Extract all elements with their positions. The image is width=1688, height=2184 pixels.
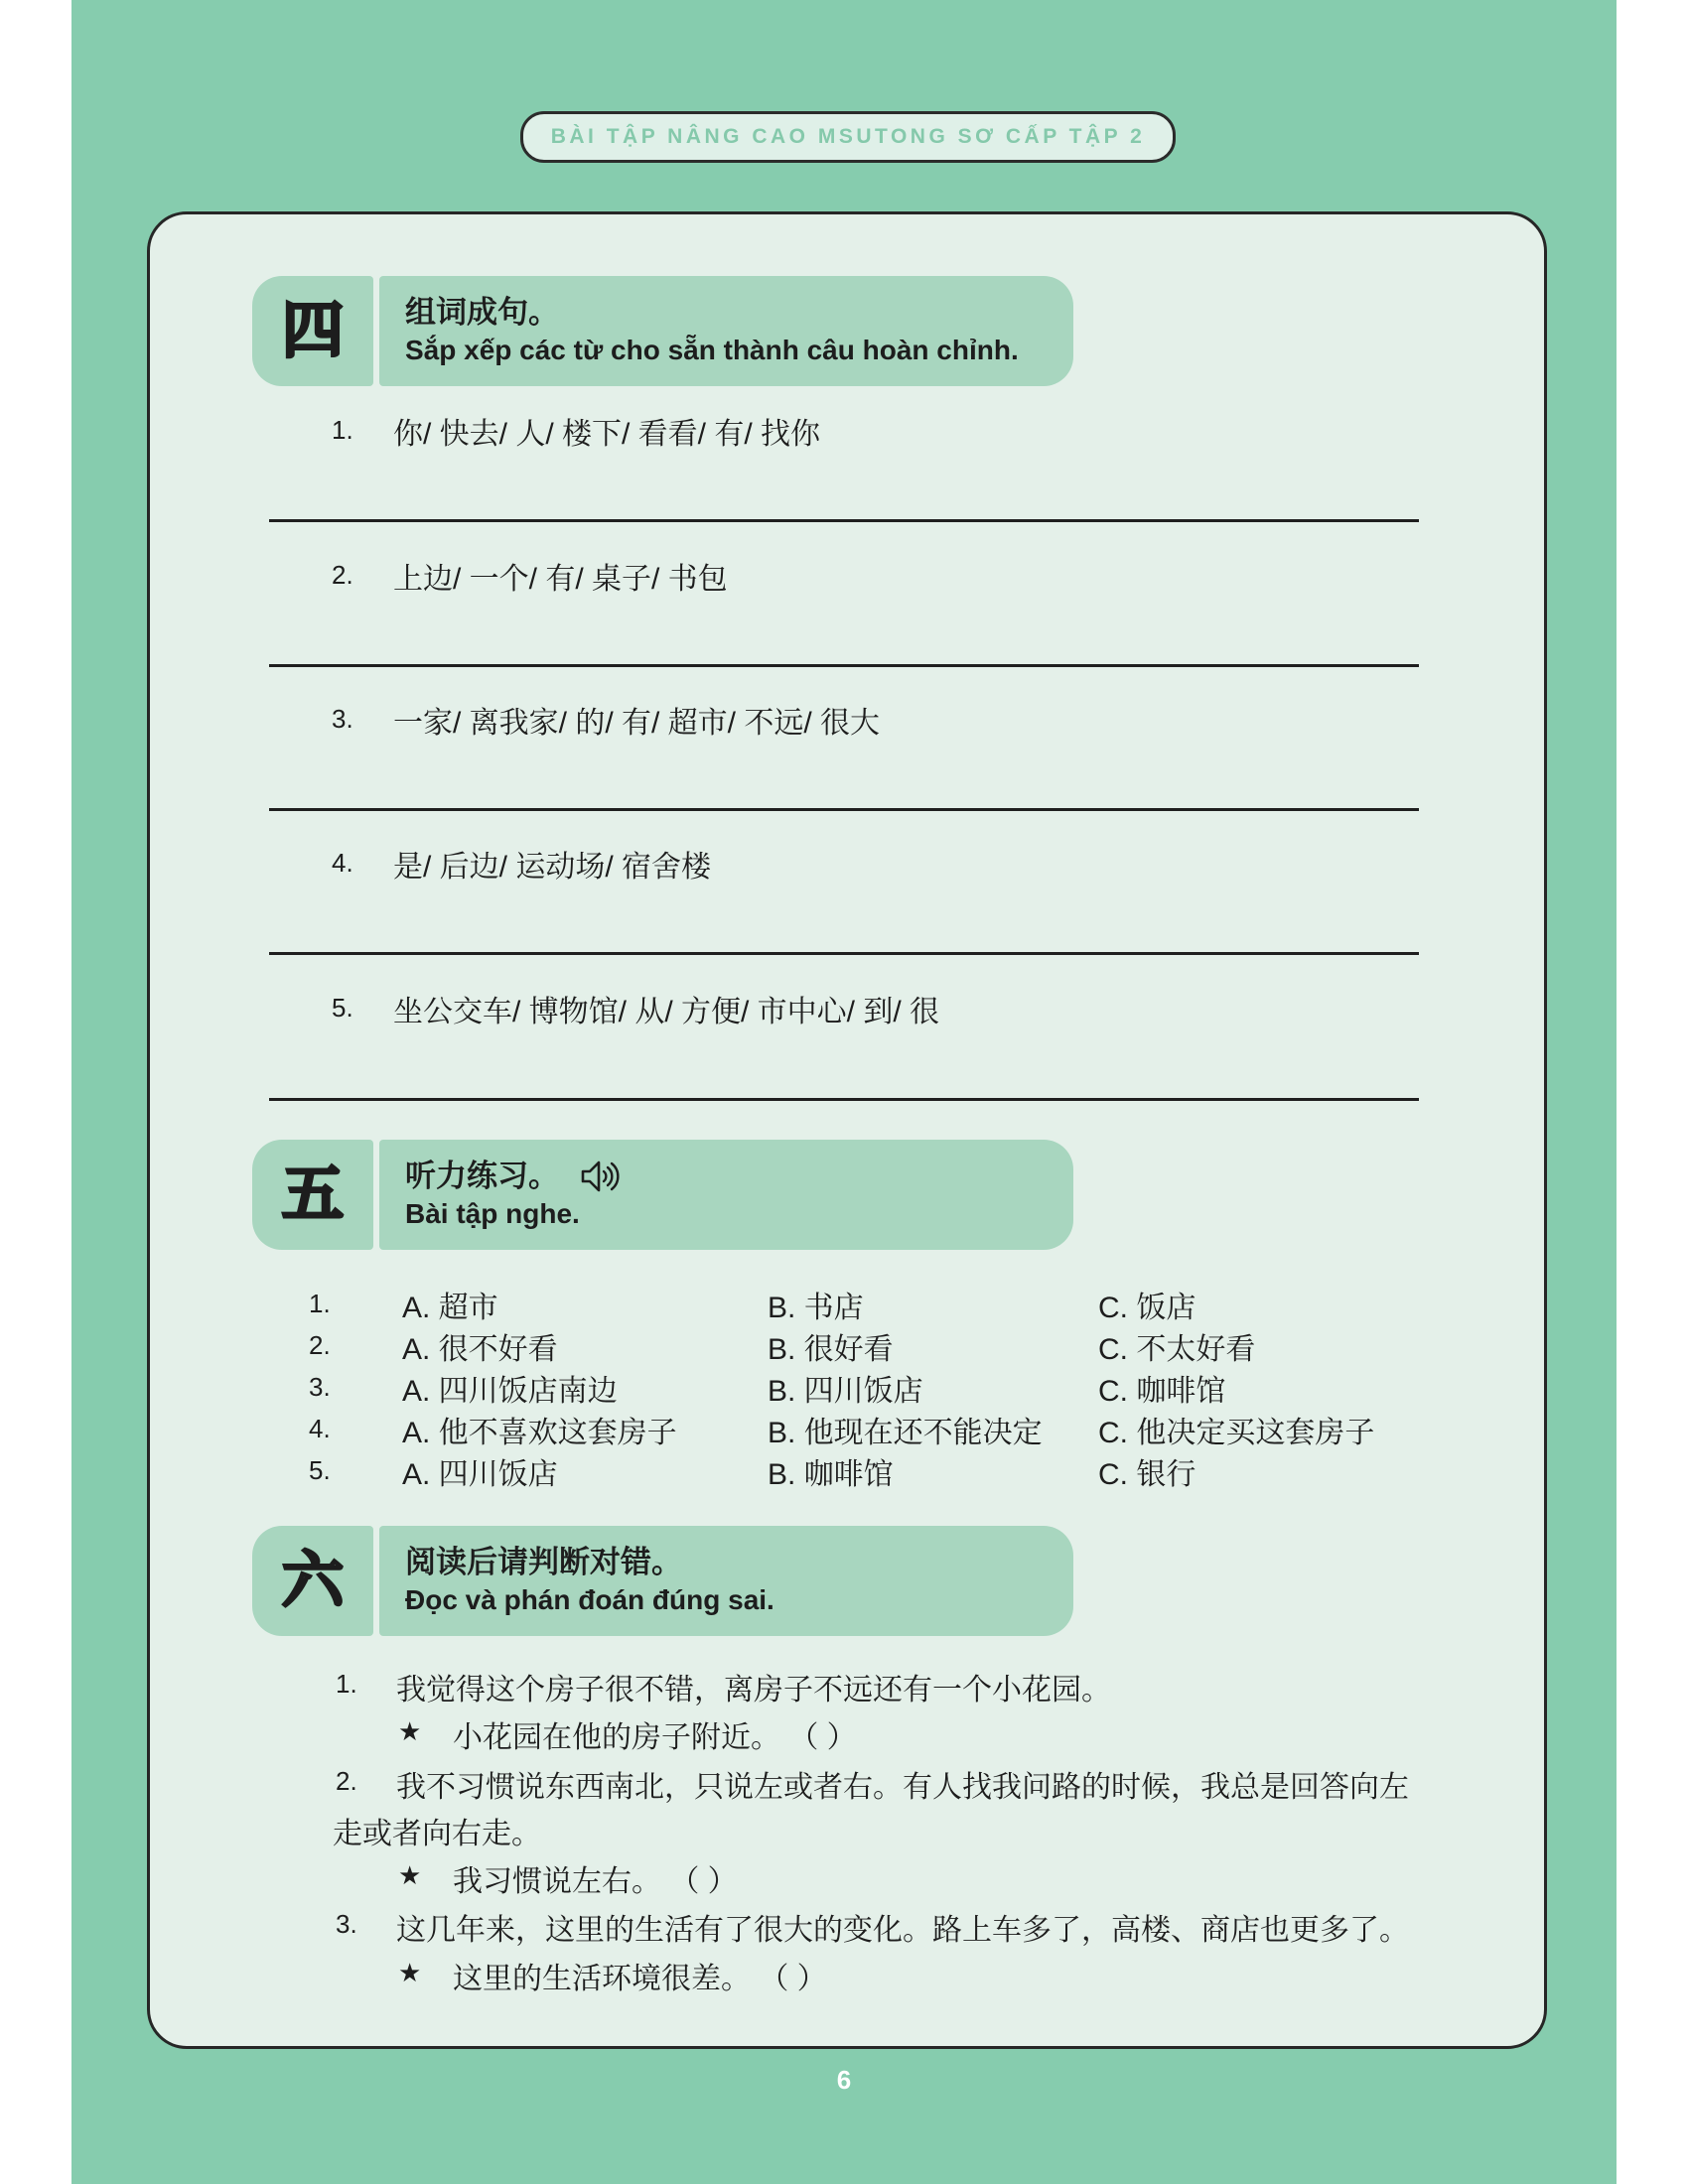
page-background: BÀI TẬP NÂNG CAO MSUTONG SƠ CẤP TẬP 2 四 … bbox=[71, 0, 1617, 2184]
reading-text-continued: 走或者向右走。 bbox=[333, 1809, 541, 1852]
banner: BÀI TẬP NÂNG CAO MSUTONG SƠ CẤP TẬP 2 bbox=[520, 111, 1176, 163]
listening-number: 1. bbox=[309, 1289, 331, 1319]
exercise-number: 4. bbox=[332, 848, 353, 879]
workbook-card: 四 组词成句。 Sắp xếp các từ cho sẵn thành câu… bbox=[147, 211, 1547, 2049]
reading-statement: 这里的生活环境很差。 （ ） bbox=[453, 1954, 827, 1997]
option-a: A. 很不好看 bbox=[402, 1324, 558, 1368]
listening-number: 2. bbox=[309, 1330, 331, 1361]
section-five-header: 听力练习。 Bài tập nghe. bbox=[379, 1140, 1073, 1250]
option-b: B. 咖啡馆 bbox=[768, 1449, 894, 1493]
page-number: 6 bbox=[71, 2065, 1617, 2096]
section-six-subtitle: Đọc và phán đoán đúng sai. bbox=[405, 1582, 1073, 1618]
exercise-text: 上边/ 一个/ 有/ 桌子/ 书包 bbox=[393, 554, 728, 598]
exercise-number: 1. bbox=[332, 415, 353, 446]
section-six-header: 阅读后请判断对错。 Đọc và phán đoán đúng sai. bbox=[379, 1526, 1073, 1636]
star-bullet-icon: ★ bbox=[398, 1716, 421, 1747]
reading-text: 我不习惯说东西南北，只说左或者右。有人找我问路的时候，我总是回答向左 bbox=[396, 1762, 1409, 1806]
star-bullet-icon: ★ bbox=[398, 1958, 421, 1988]
option-b: B. 四川饭店 bbox=[768, 1366, 923, 1410]
reading-number: 3. bbox=[336, 1909, 357, 1940]
option-a: A. 超市 bbox=[402, 1283, 498, 1326]
section-four-header: 组词成句。 Sắp xếp các từ cho sẵn thành câu h… bbox=[379, 276, 1073, 386]
section-four-icon-box: 四 bbox=[252, 276, 373, 386]
exercise-text: 你/ 快去/ 人/ 楼下/ 看看/ 有/ 找你 bbox=[393, 409, 820, 453]
section-five-title: 听力练习。 bbox=[405, 1158, 559, 1196]
section-six-icon-box: 六 bbox=[252, 1526, 373, 1636]
answer-line bbox=[269, 664, 1419, 667]
answer-line bbox=[269, 1098, 1419, 1101]
star-bullet-icon: ★ bbox=[398, 1860, 421, 1891]
exercise-text: 坐公交车/ 博物馆/ 从/ 方便/ 市中心/ 到/ 很 bbox=[393, 987, 939, 1030]
section-four-title: 组词成句。 bbox=[405, 294, 1073, 333]
option-b: B. 他现在还不能决定 bbox=[768, 1408, 1043, 1451]
option-c: C. 咖啡馆 bbox=[1098, 1366, 1225, 1410]
listening-number: 5. bbox=[309, 1455, 331, 1486]
answer-line bbox=[269, 519, 1419, 522]
banner-title: BÀI TẬP NÂNG CAO MSUTONG SƠ CẤP TẬP 2 bbox=[551, 125, 1146, 149]
speaker-icon bbox=[579, 1159, 621, 1194]
exercise-text: 是/ 后边/ 运动场/ 宿舍楼 bbox=[393, 842, 711, 886]
section-six-title: 阅读后请判断对错。 bbox=[405, 1544, 1073, 1582]
reading-statement: 我习惯说左右。 （ ） bbox=[453, 1856, 738, 1900]
answer-line bbox=[269, 808, 1419, 811]
option-a: A. 他不喜欢这套房子 bbox=[402, 1408, 677, 1451]
section-four-number-icon: 四 bbox=[282, 301, 344, 362]
reading-statement: 小花园在他的房子附近。 （ ） bbox=[453, 1712, 857, 1756]
option-c: C. 饭店 bbox=[1098, 1283, 1196, 1326]
section-five-subtitle: Bài tập nghe. bbox=[405, 1196, 1073, 1232]
option-a: A. 四川饭店南边 bbox=[402, 1366, 618, 1410]
option-c: C. 他决定买这套房子 bbox=[1098, 1408, 1374, 1451]
reading-number: 1. bbox=[336, 1669, 357, 1700]
reading-text: 我觉得这个房子很不错，离房子不远还有一个小花园。 bbox=[396, 1665, 1111, 1708]
section-six-number-icon: 六 bbox=[282, 1551, 344, 1612]
reading-text: 这几年来，这里的生活有了很大的变化。路上车多了，高楼、商店也更多了。 bbox=[396, 1905, 1409, 1949]
option-b: B. 书店 bbox=[768, 1283, 864, 1326]
option-a: A. 四川饭店 bbox=[402, 1449, 558, 1493]
answer-line bbox=[269, 952, 1419, 955]
exercise-number: 2. bbox=[332, 560, 353, 591]
option-c: C. 不太好看 bbox=[1098, 1324, 1255, 1368]
listening-number: 4. bbox=[309, 1414, 331, 1444]
section-four-subtitle: Sắp xếp các từ cho sẵn thành câu hoàn ch… bbox=[405, 333, 1073, 368]
reading-number: 2. bbox=[336, 1766, 357, 1797]
option-b: B. 很好看 bbox=[768, 1324, 894, 1368]
listening-number: 3. bbox=[309, 1372, 331, 1403]
page: BÀI TẬP NÂNG CAO MSUTONG SƠ CẤP TẬP 2 四 … bbox=[0, 0, 1688, 2184]
exercise-number: 5. bbox=[332, 993, 353, 1024]
exercise-number: 3. bbox=[332, 704, 353, 735]
option-c: C. 银行 bbox=[1098, 1449, 1196, 1493]
section-five-icon-box: 五 bbox=[252, 1140, 373, 1250]
exercise-text: 一家/ 离我家/ 的/ 有/ 超市/ 不远/ 很大 bbox=[393, 698, 880, 742]
section-five-number-icon: 五 bbox=[282, 1164, 344, 1226]
